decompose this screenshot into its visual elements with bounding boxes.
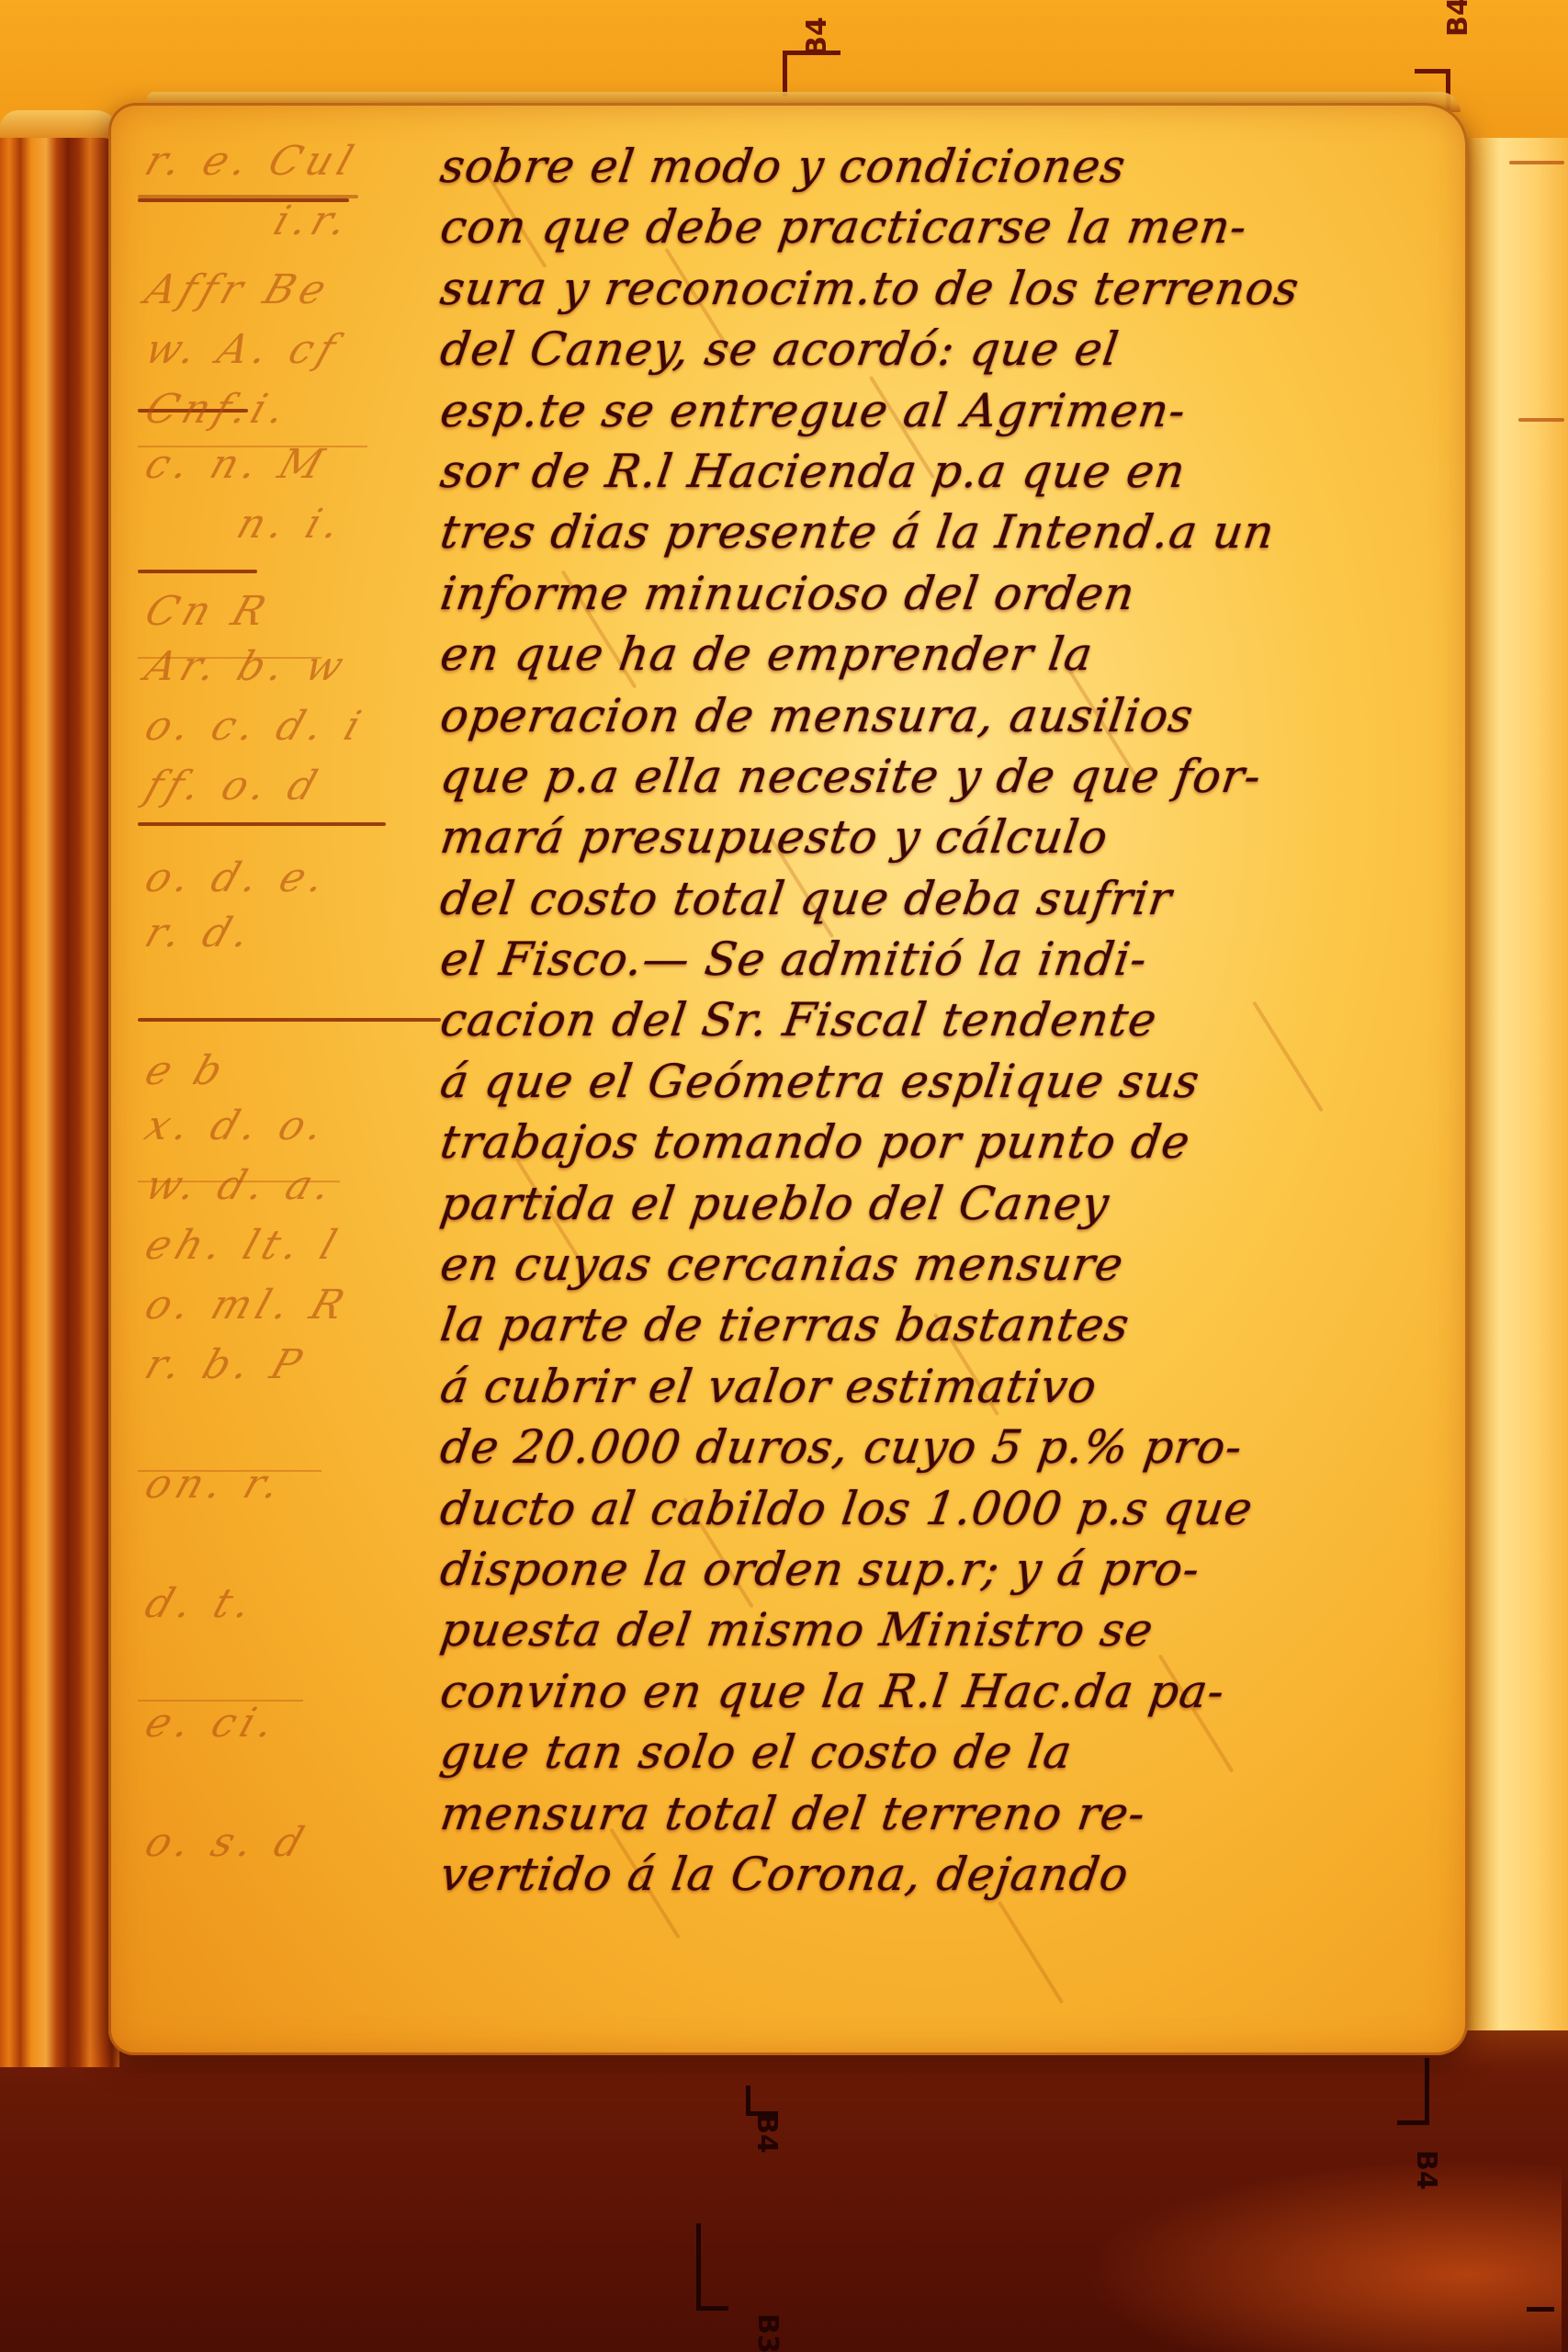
ghost-text: Ar. b. w [140,643,431,690]
text-line: informe minucioso del orden [436,563,1455,624]
handwritten-text: sobre el modo y condiciones con que debe… [441,136,1451,1905]
ghost-text: on. r. [140,1461,431,1508]
ghost-text: o. s. d [140,1819,431,1866]
ghost-text: o. ml. R [140,1282,431,1329]
ghost-text: ff. o. d [140,763,431,809]
text-line: trabajos tomando por punto de [436,1112,1455,1172]
crop-bracket-bottom-left-lower [696,2223,728,2311]
crop-bracket-bottom-right [1397,2058,1429,2125]
light-reflection [1084,2159,1562,2352]
ghost-text: w. A. cf [140,326,431,373]
text-line: sor de R.l Hacienda p.a que en [436,441,1455,502]
text-line: mará presupuesto y cálculo [436,807,1455,867]
text-line: cacion del Sr. Fiscal tendente [436,989,1455,1050]
text-line: tres dias presente á la Intend.a un [436,502,1455,562]
text-line: partida el pueblo del Caney [436,1173,1455,1234]
text-line: á que el Geómetra esplique sus [436,1051,1455,1112]
ghost-text: e. ci. [140,1700,431,1747]
text-line: á cubrir el valor estimativo [436,1356,1455,1417]
ghost-text: r. d. [140,910,431,956]
crop-bracket-bottom-right-lower [1527,2301,1554,2312]
text-line: sura y reconocim.to de los terrenos [436,258,1455,319]
margin-rule [138,1018,441,1022]
crop-bracket-bottom-left [746,2086,778,2116]
margin-rule [138,570,257,573]
crop-marker-bottom-left-lower: B3 [751,2313,784,2352]
text-line: la parte de tierras bastantes [436,1295,1455,1355]
text-line: el Fisco.— Se admitió la indi- [436,929,1455,989]
text-line: del costo total que deba sufrir [436,868,1455,929]
text-line: en cuyas cercanias mensure [436,1234,1455,1295]
text-line: convino en que la R.l Hac.da pa- [436,1661,1455,1722]
text-line: operacion de mensura, ausilios [436,685,1455,746]
text-line: vertido á la Corona, dejando [436,1844,1455,1905]
ghost-text: o. d. e. [140,854,431,901]
crop-marker-top-left: B4 [801,17,833,57]
adjacent-page-edge [1463,138,1568,2030]
ghost-text: d. t. [140,1580,431,1627]
text-line: de 20.000 duros, cuyo 5 p.% pro- [436,1417,1455,1477]
text-line: con que debe practicarse la men- [436,197,1455,257]
text-line: esp.te se entregue al Agrimen- [436,380,1455,441]
ghost-text: r. b. P [140,1341,431,1388]
text-line: ducto al cabildo los 1.000 p.s que [436,1478,1455,1539]
ghost-text: c. n. M [140,441,431,488]
ghost-text: x. d. o. [140,1102,431,1149]
text-line: gue tan solo el costo de la [436,1722,1455,1782]
margin-rule [138,822,386,826]
ghost-text: Cn R [140,588,431,635]
text-line: mensura total del terreno re- [436,1783,1455,1844]
ghost-text: o. c. d. i [140,703,431,750]
ghost-text: e b [140,1047,431,1094]
ghost-text: w. d. a. [140,1162,431,1209]
adjacent-page-mark [1518,418,1564,422]
text-line: que p.a ella necesite y de que for- [436,746,1455,807]
book-spine [0,138,119,2067]
ghost-text: eh. lt. l [140,1222,431,1269]
text-line: sobre el modo y condiciones [436,136,1455,197]
text-line: puesta del mismo Ministro se [436,1600,1455,1660]
crop-marker-top-right: B4 [1442,0,1474,37]
ghost-text: Cnf.i. [140,386,431,433]
adjacent-page-mark [1509,161,1564,164]
crop-marker-bottom-left: B4 [750,2113,783,2154]
crop-marker-bottom-right: B4 [1410,2150,1442,2190]
ghost-text: Affr Be [140,266,431,313]
text-line: del Caney, se acordó: que el [436,319,1455,379]
ghost-text: r. e. Cul [140,138,431,185]
text-line: en que ha de emprender la [436,624,1455,684]
text-line: dispone la orden sup.r; y á pro- [436,1539,1455,1600]
crop-bracket-top-left [783,51,840,96]
